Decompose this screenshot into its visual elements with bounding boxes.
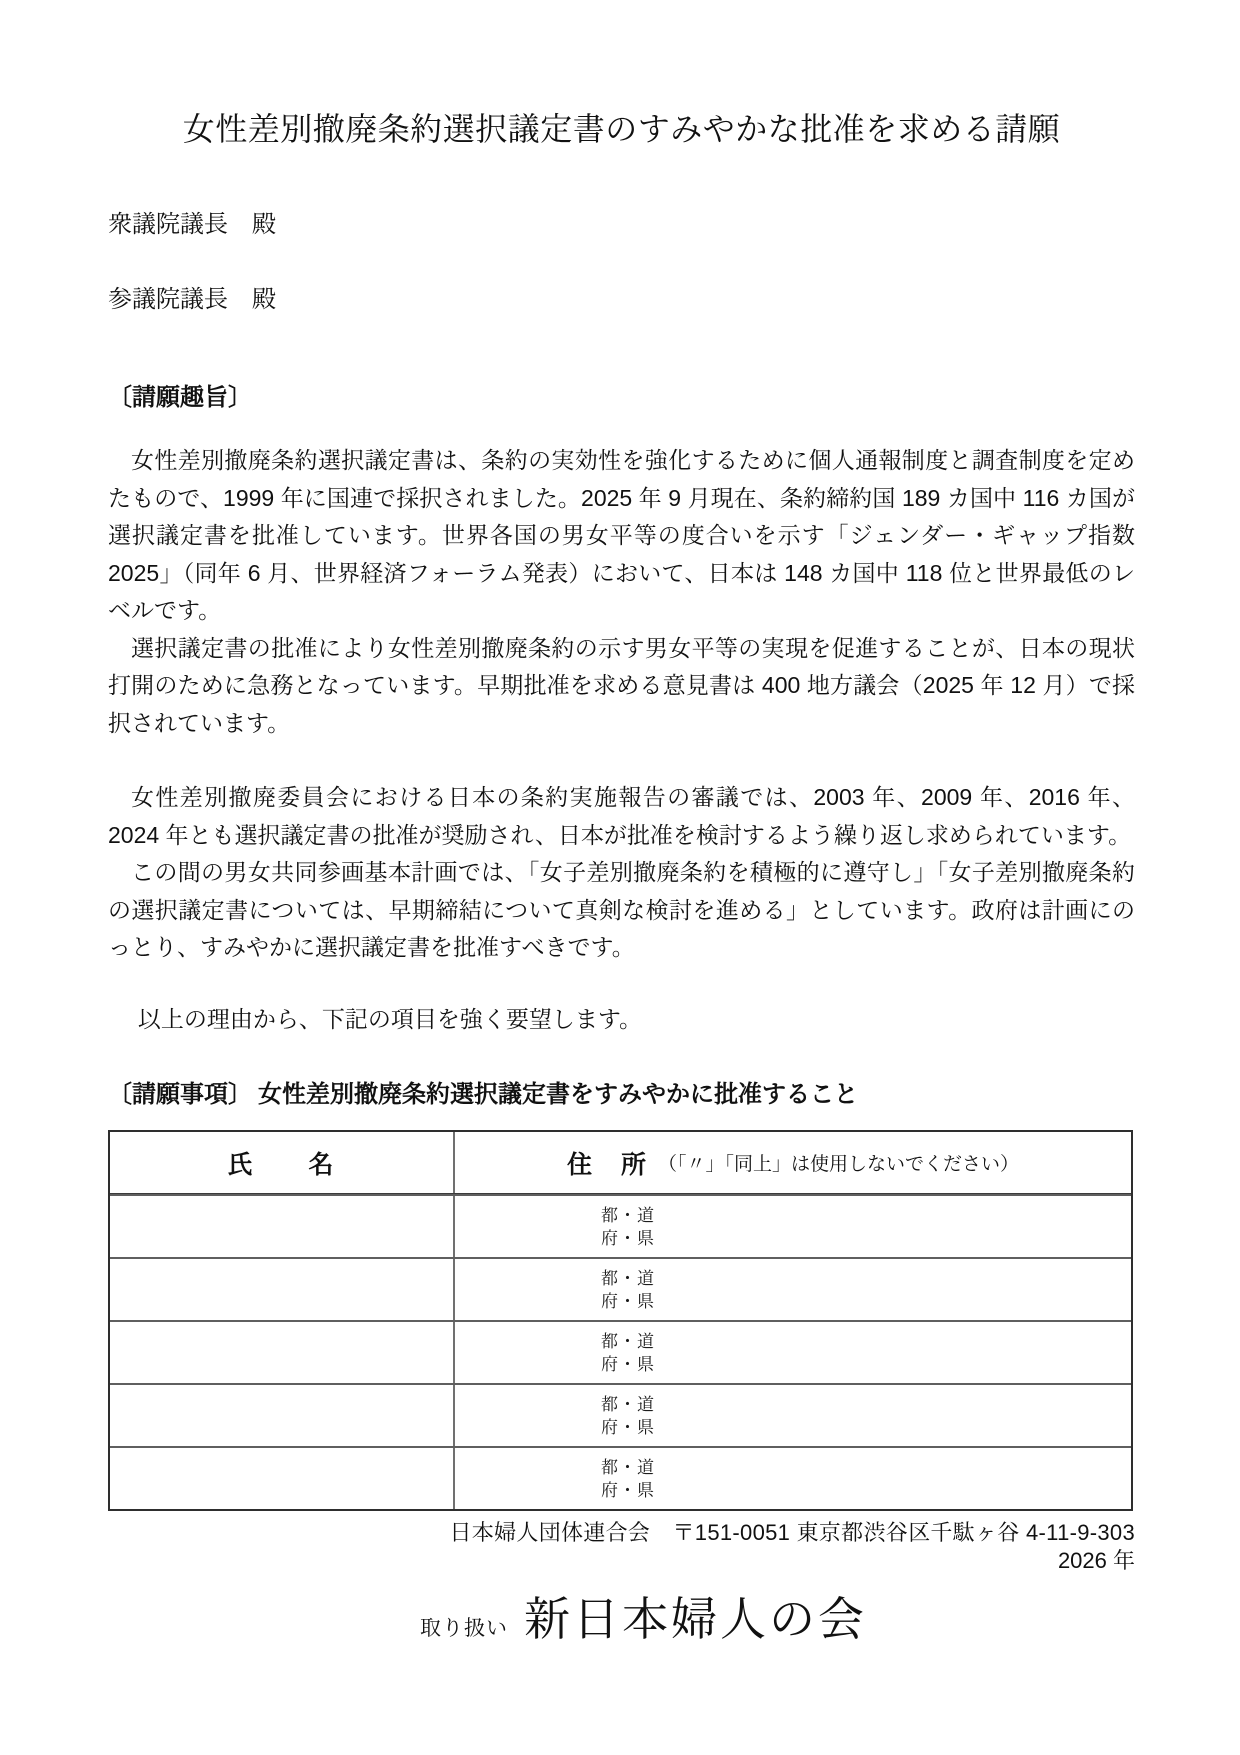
name-cell bbox=[110, 1322, 455, 1383]
prefecture-hint: 都・道 府・県 bbox=[601, 1267, 655, 1313]
request-section-heading: 〔請願事項〕 bbox=[108, 1081, 252, 1108]
address-cell: 都・道 府・県 bbox=[455, 1385, 1131, 1446]
purpose-paragraph-1: 女性差別撤廃条約選択議定書は、条約の実効性を強化するために個人通報制度と調査制度… bbox=[108, 442, 1135, 630]
purpose-paragraph-4: この間の男女共同参画基本計画では、「女子差別撤廃条約を積極的に遵守し」「女子差別… bbox=[108, 854, 1135, 967]
petition-document-page: 女性差別撤廃条約選択議定書のすみやかな批准を求める請願 衆議院議長 殿 参議院議… bbox=[0, 0, 1240, 1755]
address-column-header: 住 所 （「〃」「同上」は使用しないでください） bbox=[455, 1132, 1131, 1193]
prefecture-hint: 都・道 府・県 bbox=[601, 1393, 655, 1439]
address-cell: 都・道 府・県 bbox=[455, 1322, 1131, 1383]
address-cell: 都・道 府・県 bbox=[455, 1448, 1131, 1509]
purpose-paragraph-2: 選択議定書の批准により女性差別撤廃条約の示す男女平等の実現を促進することが、日本… bbox=[108, 630, 1135, 743]
name-cell bbox=[110, 1196, 455, 1257]
signature-row-3: 都・道 府・県 bbox=[110, 1320, 1131, 1383]
request-text: 女性差別撤廃条約選択議定書をすみやかに批准すること bbox=[258, 1081, 858, 1108]
name-column-header: 氏 名 bbox=[110, 1132, 455, 1193]
year-line: 2026 年 bbox=[108, 1547, 1135, 1575]
addressee-house-of-councillors: 参議院議長 殿 bbox=[108, 285, 1135, 315]
prefecture-hint: 都・道 府・県 bbox=[601, 1330, 655, 1376]
handler-organization-name: 新日本婦人の会 bbox=[524, 1583, 867, 1649]
address-header-note: （「〃」「同上」は使用しないでください） bbox=[658, 1149, 1019, 1176]
address-header-label: 住 所 bbox=[567, 1145, 648, 1181]
purpose-section-heading: 〔請願趣旨〕 bbox=[108, 382, 1135, 414]
name-cell bbox=[110, 1448, 455, 1509]
signature-table: 氏 名 住 所 （「〃」「同上」は使用しないでください） 都・道 府・県 都・道… bbox=[108, 1130, 1133, 1511]
address-cell: 都・道 府・県 bbox=[455, 1259, 1131, 1320]
request-section-line: 〔請願事項〕女性差別撤廃条約選択議定書をすみやかに批准すること bbox=[108, 1078, 1135, 1112]
addressee-house-of-representatives: 衆議院議長 殿 bbox=[108, 210, 1135, 240]
federation-address-line: 日本婦人団体連合会 〒151-0051 東京都渋谷区千駄ヶ谷 4-11-9-30… bbox=[108, 1519, 1135, 1547]
signature-row-2: 都・道 府・県 bbox=[110, 1257, 1131, 1320]
signature-table-header-row: 氏 名 住 所 （「〃」「同上」は使用しないでください） bbox=[110, 1132, 1131, 1194]
purpose-closing-line: 以上の理由から、下記の項目を強く要望します。 bbox=[108, 1001, 1135, 1039]
purpose-body: 女性差別撤廃条約選択議定書は、条約の実効性を強化するために個人通報制度と調査制度… bbox=[108, 442, 1135, 967]
page-title: 女性差別撤廃条約選択議定書のすみやかな批准を求める請願 bbox=[108, 0, 1135, 153]
name-cell bbox=[110, 1259, 455, 1320]
signature-row-1: 都・道 府・県 bbox=[110, 1194, 1131, 1257]
purpose-paragraph-3: 女性差別撤廃委員会における日本の条約実施報告の審議では、2003 年、2009 … bbox=[108, 779, 1135, 854]
handler-label: 取り扱い bbox=[420, 1612, 508, 1642]
address-cell: 都・道 府・県 bbox=[455, 1196, 1131, 1257]
handler-line: 取り扱い 新日本婦人の会 bbox=[420, 1583, 1135, 1649]
prefecture-hint: 都・道 府・県 bbox=[601, 1204, 655, 1250]
prefecture-hint: 都・道 府・県 bbox=[601, 1456, 655, 1502]
name-cell bbox=[110, 1385, 455, 1446]
signature-row-4: 都・道 府・県 bbox=[110, 1383, 1131, 1446]
signature-row-5: 都・道 府・県 bbox=[110, 1446, 1131, 1509]
